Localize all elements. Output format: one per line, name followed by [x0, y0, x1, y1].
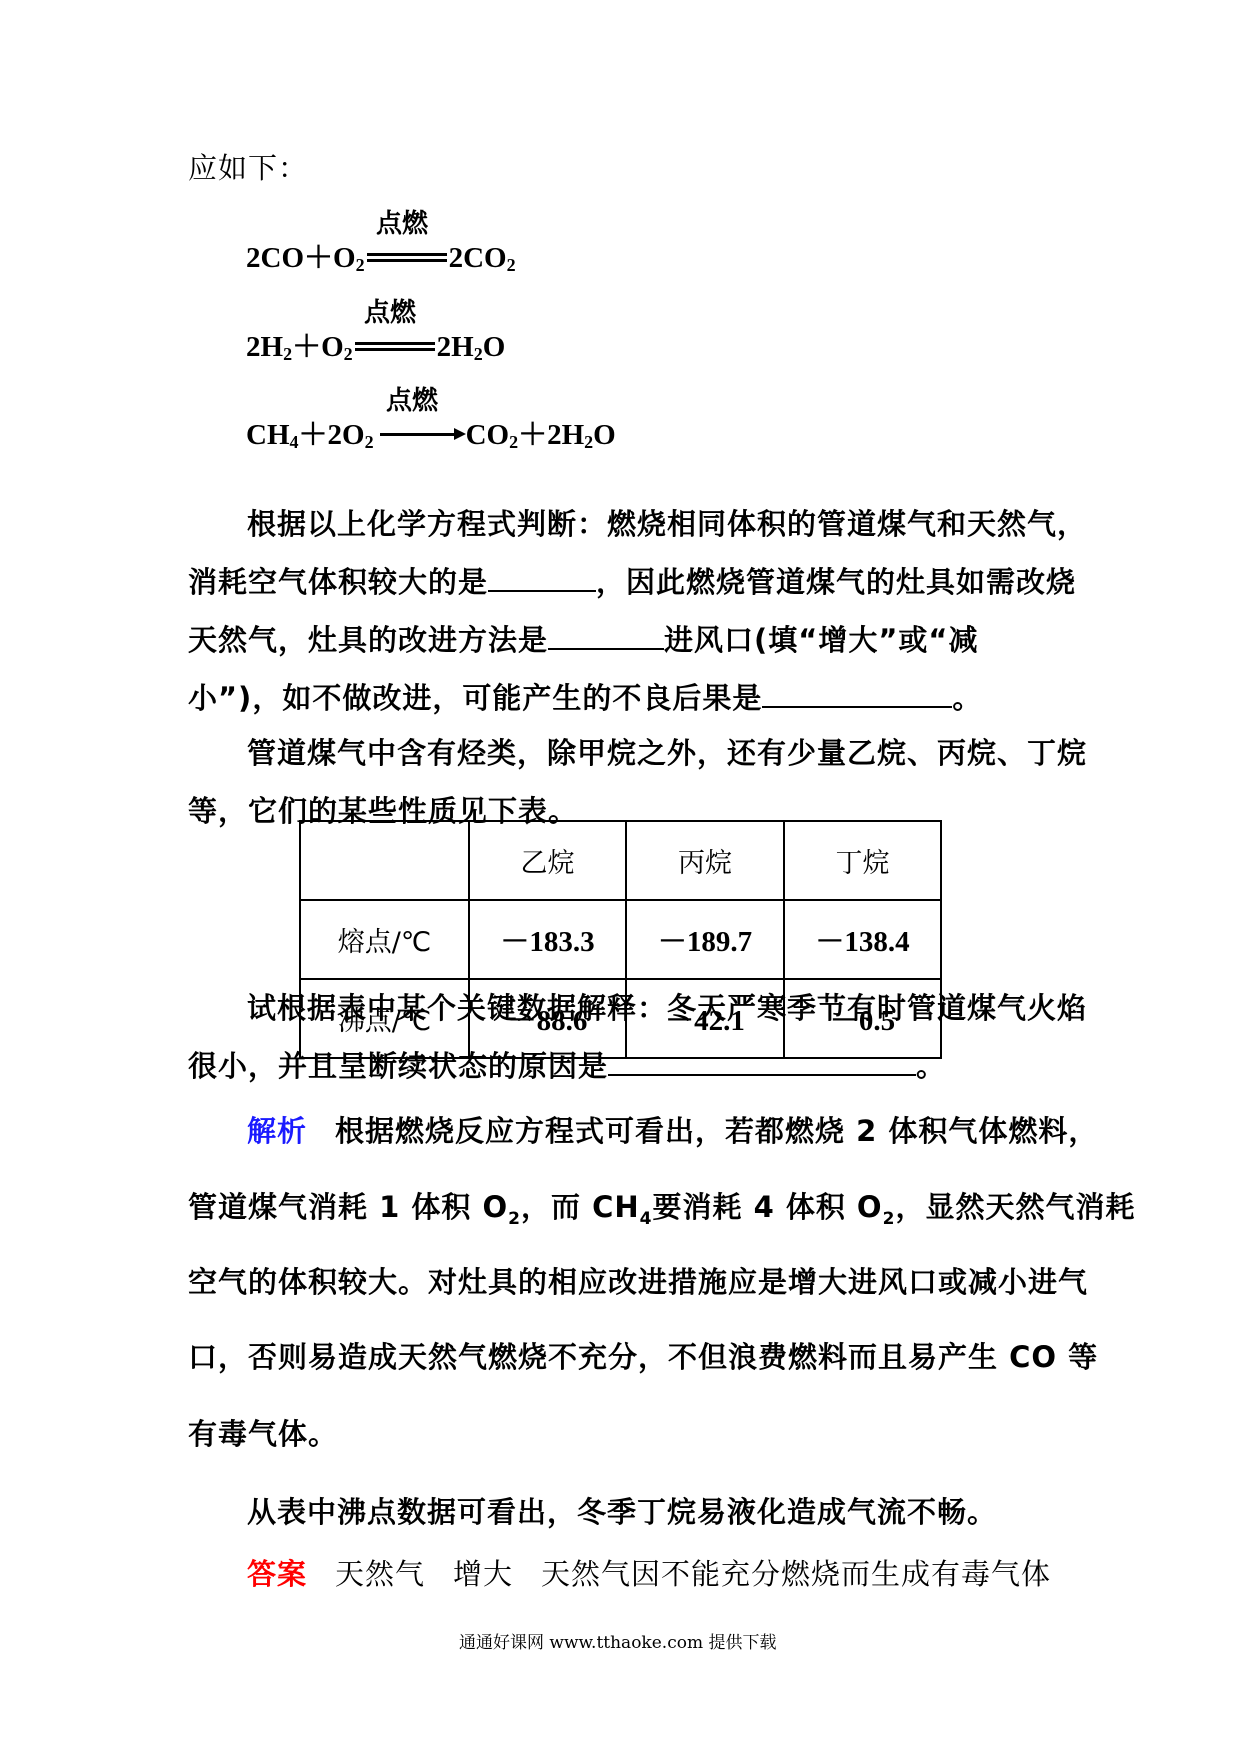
table-header-cell: 乙烷 — [469, 821, 626, 900]
table-row-label: 熔点/℃ — [300, 900, 469, 979]
table-header-cell: 丙烷 — [626, 821, 784, 900]
equation-2-term: ＋O — [292, 331, 344, 363]
text: 。 — [916, 1049, 946, 1083]
paragraph-2-line-1: 管道煤气中含有烃类，除甲烷之外，还有少量乙烷、丙烷、丁烷 — [247, 735, 1087, 771]
equation-2-term: 2H — [246, 331, 283, 363]
subscript: 2 — [509, 432, 518, 452]
subscript: 2 — [508, 1209, 521, 1229]
answer-item: 增大 — [453, 1557, 513, 1591]
text: 。 — [952, 681, 982, 715]
answer-blank-3 — [762, 682, 952, 708]
answer-item: 天然气因不能充分燃烧而生成有毒气体 — [541, 1557, 1051, 1591]
answer-label: 答案 — [247, 1557, 307, 1591]
text: 根据燃烧反应方程式可看出，若都燃烧 2 体积气体燃料， — [335, 1114, 1098, 1148]
equation-3-term: ＋2H — [518, 419, 584, 451]
table-header-cell — [300, 821, 469, 900]
analysis-line-5: 有毒气体。 — [188, 1416, 338, 1452]
table-row: 熔点/℃ －183.3 －189.7 －138.4 — [300, 900, 941, 979]
equation-3-term: CH — [246, 419, 290, 451]
text: ，显然天然气消耗 — [895, 1190, 1135, 1224]
table-cell: －183.3 — [469, 900, 626, 979]
analysis-line-1: 解析根据燃烧反应方程式可看出，若都燃烧 2 体积气体燃料， — [247, 1113, 1098, 1149]
table-cell: －189.7 — [626, 900, 784, 979]
equation-3-term: O — [593, 419, 616, 451]
equation-2-condition: 点燃 — [364, 298, 416, 328]
text: 进风口(填“增大”或“减 — [664, 623, 978, 657]
equation-1-products: 2CO — [449, 242, 507, 274]
equation-2-term: O — [483, 331, 506, 363]
equation-3-term: CO — [466, 419, 510, 451]
text: 消耗空气体积较大的是 — [188, 565, 488, 599]
subscript: 4 — [640, 1209, 653, 1229]
text: 很小，并且呈断续状态的原因是 — [188, 1049, 608, 1083]
intro-text: 应如下： — [188, 150, 308, 186]
page-footer: 通通好课网 www.tthaoke.com 提供下载 — [459, 1628, 776, 1653]
paragraph-1-line-2: 消耗空气体积较大的是，因此燃烧管道煤气的灶具如需改烧 — [188, 564, 1076, 600]
analysis-line-3: 空气的体积较大。对灶具的相应改进措施应是增大进风口或减小进气 — [188, 1264, 1088, 1300]
double-line-sign-icon — [367, 253, 447, 262]
subscript: 2 — [507, 255, 516, 275]
paragraph-1-line-4: 小”)，如不做改进，可能产生的不良后果是。 — [188, 680, 982, 716]
equation-2-term: 2H — [437, 331, 474, 363]
reaction-arrow-icon — [380, 433, 462, 436]
analysis-line-2: 管道煤气消耗 1 体积 O2，而 CH4要消耗 4 体积 O2，显然天然气消耗 — [188, 1189, 1135, 1237]
text: 要消耗 4 体积 O — [652, 1190, 882, 1224]
subscript: 2 — [344, 344, 353, 364]
text: 管道煤气消耗 1 体积 O — [188, 1190, 508, 1224]
analysis-label: 解析 — [247, 1114, 307, 1148]
subscript: 2 — [883, 1209, 896, 1229]
answer-blank-1 — [488, 566, 596, 592]
answer-item: 天然气 — [335, 1557, 425, 1591]
subscript: 2 — [365, 432, 374, 452]
subscript: 4 — [290, 432, 299, 452]
equation-3-term: ＋2O — [299, 419, 365, 451]
paragraph-3-line-2: 很小，并且呈断续状态的原因是。 — [188, 1048, 946, 1084]
analysis-line-6: 从表中沸点数据可看出，冬季丁烷易液化造成气流不畅。 — [247, 1494, 997, 1530]
text: 小”)，如不做改进，可能产生的不良后果是 — [188, 681, 762, 715]
equation-1: 2CO＋O22CO2 — [246, 241, 516, 275]
subscript: 2 — [356, 255, 365, 275]
equation-1-reactants: 2CO＋O — [246, 242, 356, 274]
equation-2: 2H2＋O22H2O — [246, 330, 505, 364]
double-line-sign-icon — [355, 342, 435, 351]
table-header-cell: 丁烷 — [784, 821, 941, 900]
paragraph-3-line-1: 试根据表中某个关键数据解释：冬天严寒季节有时管道煤气火焰 — [247, 990, 1087, 1026]
answer-blank-2 — [548, 624, 664, 650]
subscript: 2 — [283, 344, 292, 364]
table-cell: －138.4 — [784, 900, 941, 979]
analysis-line-4: 口，否则易造成天然气燃烧不充分，不但浪费燃料而且易产生 CO 等 — [188, 1339, 1098, 1375]
subscript: 2 — [584, 432, 593, 452]
text: ，因此燃烧管道煤气的灶具如需改烧 — [596, 565, 1076, 599]
equation-3-condition: 点燃 — [386, 386, 438, 416]
equation-3: CH4＋2O2CO2＋2H2O — [246, 418, 616, 452]
answer-line: 答案天然气增大天然气因不能充分燃烧而生成有毒气体 — [247, 1556, 1051, 1592]
paragraph-1-line-1: 根据以上化学方程式判断：燃烧相同体积的管道煤气和天然气， — [247, 506, 1087, 542]
paragraph-1-line-3: 天然气，灶具的改进方法是进风口(填“增大”或“减 — [188, 622, 978, 658]
subscript: 2 — [474, 344, 483, 364]
table-header-row: 乙烷 丙烷 丁烷 — [300, 821, 941, 900]
equation-1-condition: 点燃 — [376, 209, 428, 239]
answer-blank-4 — [608, 1050, 916, 1076]
text: ，而 CH — [521, 1190, 640, 1224]
text: 天然气，灶具的改进方法是 — [188, 623, 548, 657]
